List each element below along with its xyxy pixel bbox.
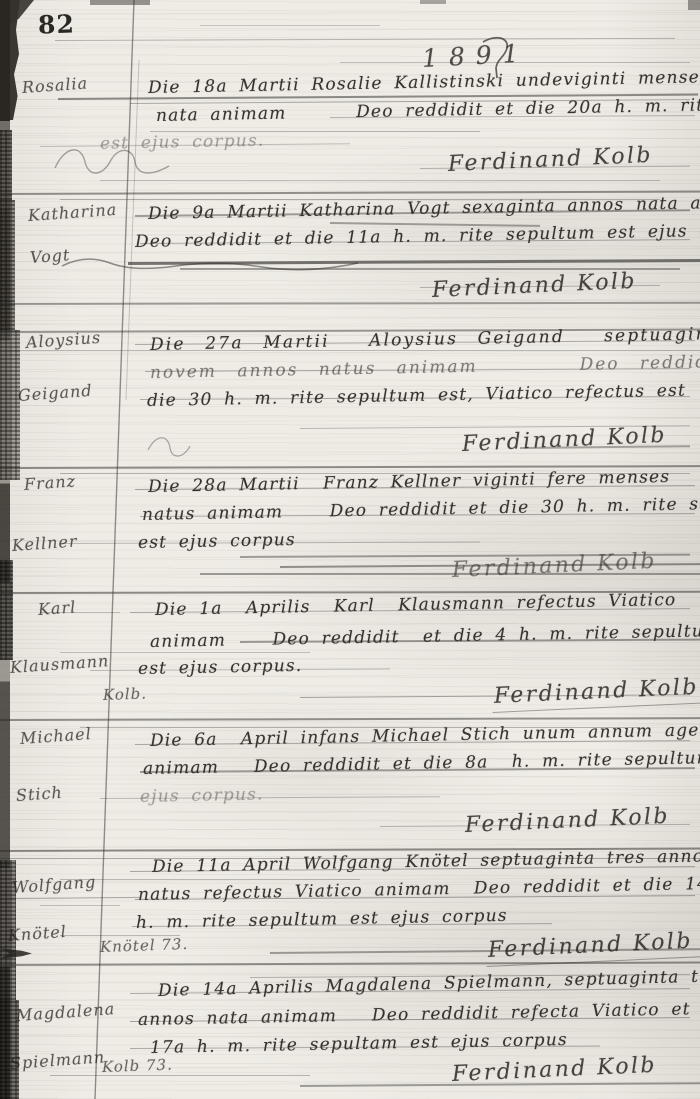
scan-streak-line — [200, 25, 380, 26]
entry-text-line: Die 18a Martii Rosalie Kallistinski unde… — [148, 67, 700, 98]
scan-streak-line — [50, 1075, 310, 1076]
signature: Ferdinand Kolb — [464, 804, 670, 838]
entry-text-line: Die 14a Aprilis Magdalena Spielmann, sep… — [158, 966, 700, 1001]
margin-name: Vogt — [29, 245, 71, 267]
entry-text-line: Die 27a Martii Aloysius Geigand septuagi… — [150, 324, 700, 355]
scan-streak-line — [0, 302, 700, 305]
entry-text-line: Deo reddidit et die 11a h. m. rite sepul… — [135, 220, 700, 252]
margin-name: Klausmann — [9, 651, 110, 677]
margin-name: Wolfgang — [11, 872, 96, 897]
entry-text-line: 17a h. m. rite sepultam est ejus corpus — [150, 1030, 568, 1058]
scan-streak-line — [128, 259, 700, 265]
signature: Ferdinand Kolb — [491, 674, 700, 713]
entry-note: Knötel 73. — [100, 935, 189, 956]
margin-name: Katharina — [27, 200, 117, 225]
entry-text-line: Die 11a April Wolfgang Knötel septuagint… — [152, 846, 700, 877]
entry-text-line: animam Deo reddidit et die 4 h. m. rite … — [150, 621, 700, 652]
entry-text-line: die 30 h. m. rite sepultum est, Viatico … — [147, 381, 686, 411]
entry-text-line: natus refectus Viatico animam Deo reddid… — [138, 874, 700, 905]
scan-smudge — [420, 0, 446, 4]
margin-name: Aloysius — [25, 328, 101, 352]
margin-divider-line-ghost — [126, 60, 139, 400]
scan-streak-line — [0, 191, 700, 195]
scan-streak-line — [55, 38, 675, 41]
scan-streak-line — [10, 897, 140, 899]
pen-flourish-entry3 — [148, 438, 190, 456]
signature: Ferdinand Kolb — [461, 423, 667, 457]
year-heading: 1891 — [421, 38, 530, 73]
entry-text-line: est ejus corpus. — [138, 656, 303, 679]
entry-text-line: est ejus corpus. — [100, 131, 265, 154]
signature: Ferdinand Kolb — [451, 549, 657, 583]
entry-text-line: est ejus corpus — [138, 530, 296, 553]
entry-note: Kolb 73. — [102, 1056, 173, 1076]
scan-smudge — [688, 0, 700, 10]
scan-streak-line — [0, 962, 700, 966]
entry-text-line: Die 1a Aprilis Karl Klausmann refectus V… — [155, 590, 677, 620]
scan-streak-line — [40, 905, 120, 906]
margin-name: Spielmann — [9, 1047, 105, 1073]
entry-text-line: Die 28a Martii Franz Kellner viginti fer… — [148, 467, 671, 497]
margin-name: Kellner — [11, 531, 78, 555]
signature: Ferdinand Kolb — [431, 269, 637, 303]
scanned-register-page: 82 1891 Rosalia Die 18a Martii Rosalie K… — [0, 0, 700, 1099]
margin-name: Karl — [37, 597, 76, 619]
margin-name: Stich — [15, 783, 63, 805]
margin-name: Michael — [19, 724, 92, 748]
scan-streak-line — [60, 879, 360, 880]
margin-name: Knötel — [7, 922, 67, 945]
scan-streak-line — [100, 180, 660, 181]
margin-divider-line — [95, 0, 134, 1099]
scan-streak-line — [0, 717, 700, 720]
entry-text-line: h. m. rite sepultum est ejus corpus — [136, 906, 508, 933]
signature: Ferdinand Kolb — [485, 928, 700, 967]
margin-name: Franz — [23, 471, 76, 494]
entry-text-line: Die 9a Martii Katharina Vogt sexaginta a… — [148, 192, 700, 224]
entry-text-line: natus animam Deo reddidit et die 30 h. m… — [142, 493, 700, 525]
entry-text-line: novem annos natus animam Deo reddidit et — [150, 351, 700, 383]
scan-smudge — [90, 0, 150, 5]
pen-flourish-vogt-tail — [62, 259, 358, 270]
margin-name: Geigand — [17, 381, 93, 405]
entry-text-line: annos nata animam Deo reddidit refecta V… — [138, 999, 700, 1030]
page-number: 82 — [38, 9, 76, 39]
entry-note: Kolb. — [103, 684, 148, 704]
entry-text-line: ejus corpus. — [140, 785, 264, 807]
entry-text-line: animam Deo reddidit et die 8a h. m. rite… — [143, 747, 700, 779]
signature: Ferdinand Kolb — [451, 1053, 657, 1087]
margin-name: Rosalia — [21, 73, 88, 97]
margin-name: Magdalena — [15, 999, 115, 1025]
entry-text-line: Die 6a April infans Michael Stich unum a… — [150, 720, 700, 751]
signature: Ferdinand Kolb — [447, 143, 653, 177]
entry-text-line: nata animam Deo reddidit et die 20a h. m… — [156, 94, 700, 126]
